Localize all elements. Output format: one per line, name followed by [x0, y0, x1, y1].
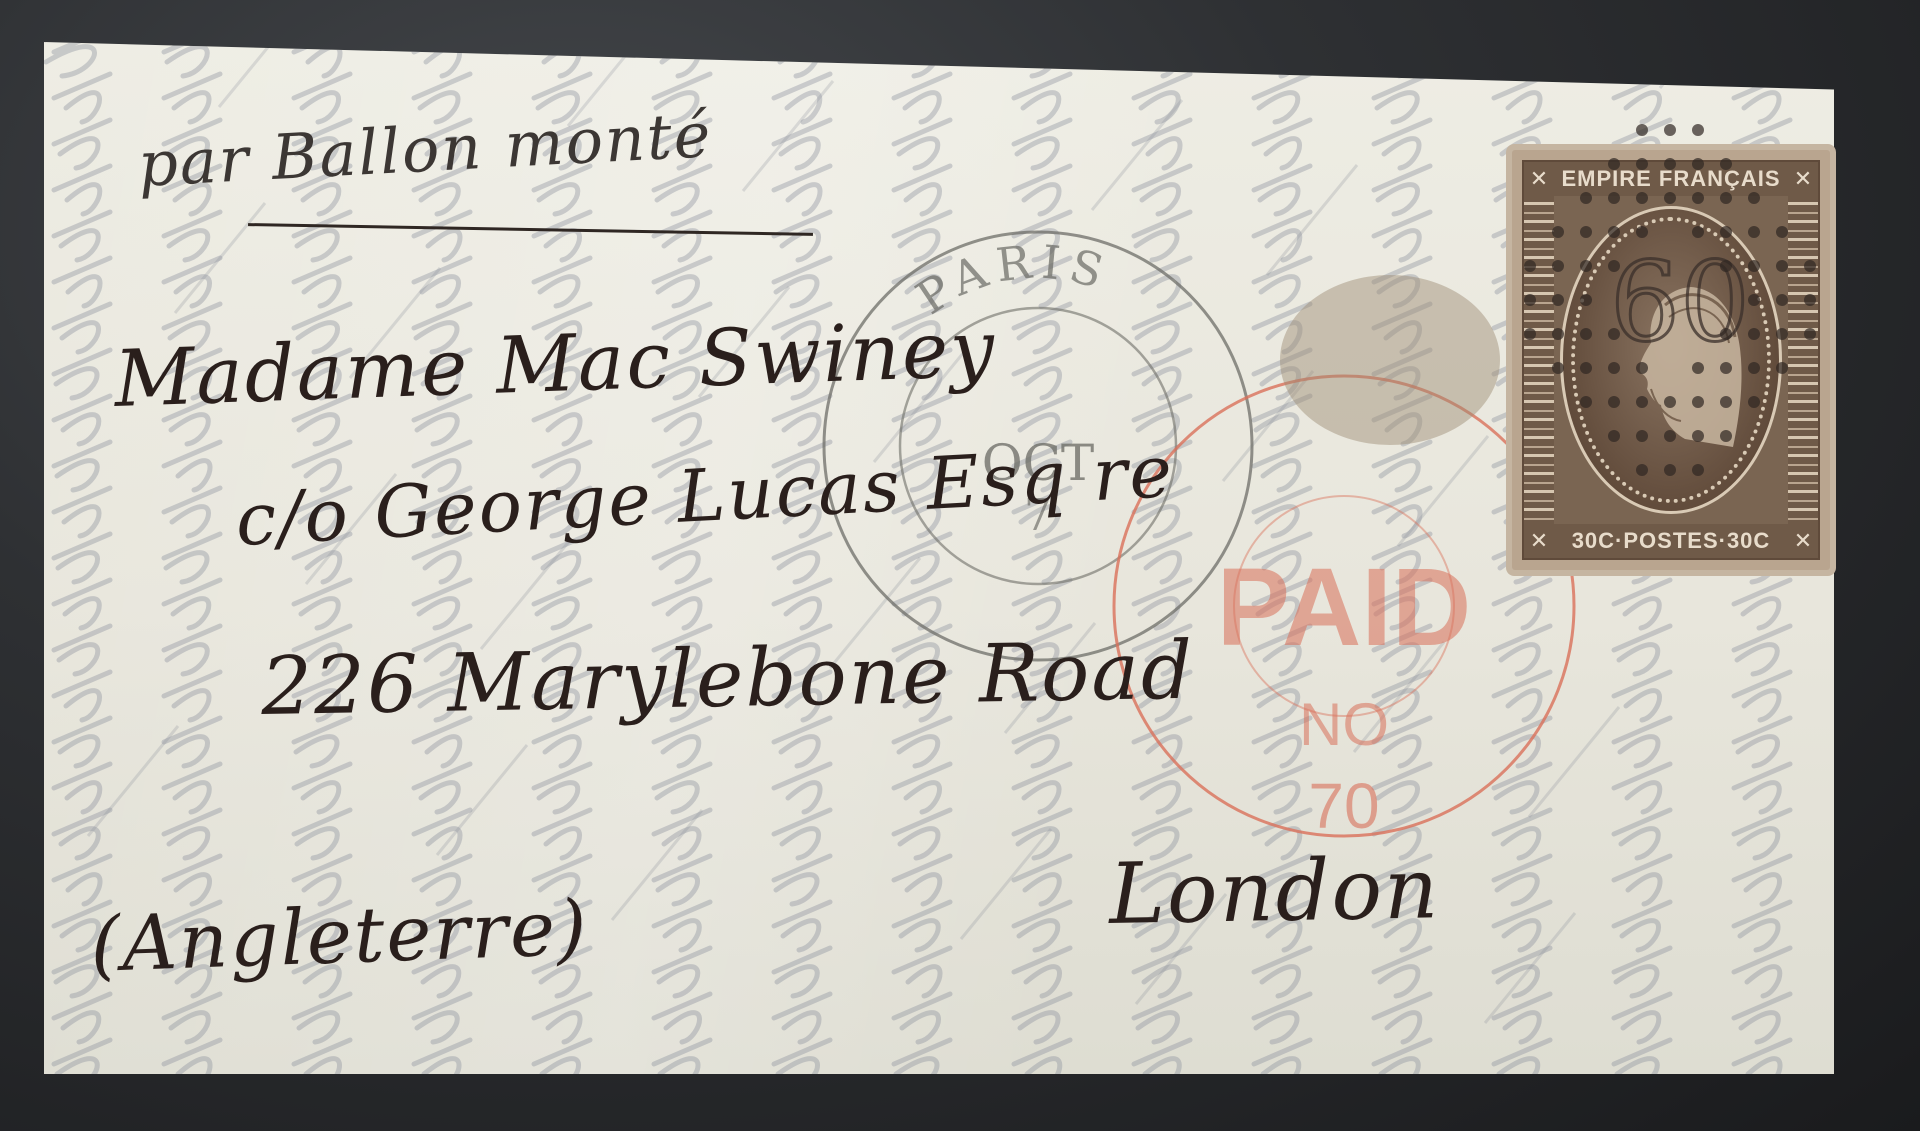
- stamp-corner-x-icon: ✕: [1524, 162, 1554, 196]
- postage-stamp: EMPIRE FRANÇAIS ✕ ✕ 30C·POSTES·30C ✕ ✕: [1512, 150, 1830, 570]
- country-name: (Angleterre): [89, 883, 590, 989]
- greek-key-border: [1524, 196, 1554, 524]
- street-address: 226 Marylebone Road: [260, 624, 1195, 733]
- stamp-corner-x-icon: ✕: [1524, 524, 1554, 558]
- stamp-frame: EMPIRE FRANÇAIS ✕ ✕ 30C·POSTES·30C ✕ ✕: [1522, 160, 1820, 560]
- greek-key-border: [1788, 196, 1818, 524]
- stamp-corner-x-icon: ✕: [1788, 524, 1818, 558]
- stamp-corner-x-icon: ✕: [1788, 162, 1818, 196]
- stamp-top-text: EMPIRE FRANÇAIS: [1524, 162, 1818, 196]
- stamp-bottom-text: 30C·POSTES·30C: [1524, 524, 1818, 558]
- photo-background: PARIS OCT 7 PAID NO 70 EMPIRE FRANÇAIS ✕…: [0, 0, 1920, 1131]
- napoleon-portrait-icon: [1621, 269, 1761, 459]
- city-name: London: [1108, 839, 1441, 943]
- stamp-portrait-oval: [1560, 206, 1782, 514]
